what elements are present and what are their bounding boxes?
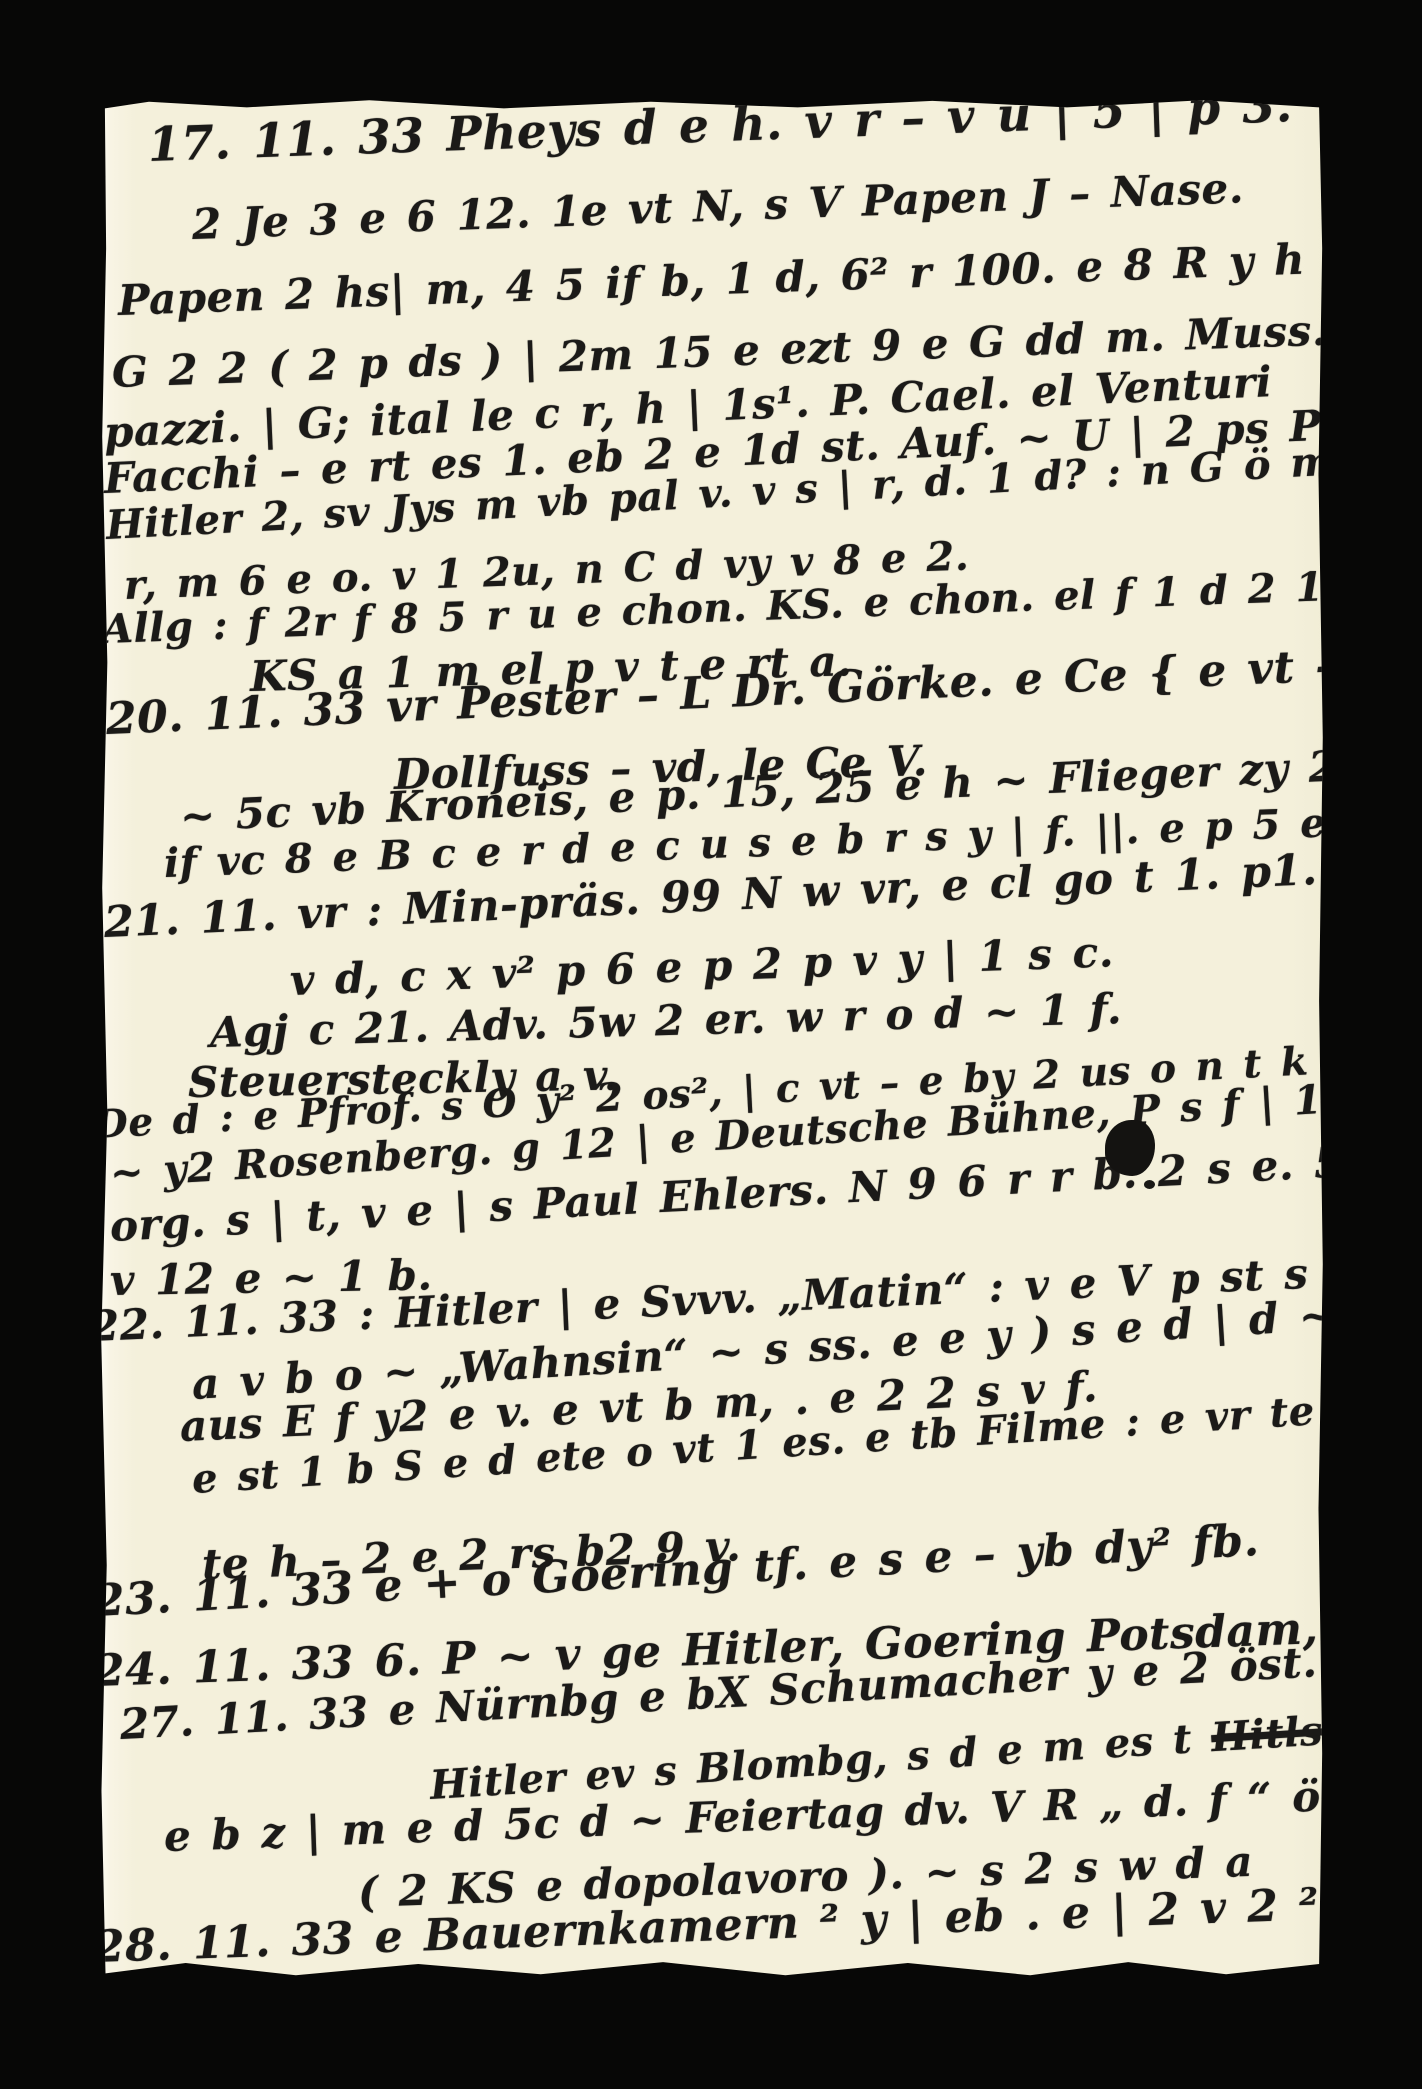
scanned-page: 17. 11. 33 Pheys d e h. v r – v u | 5 | … <box>100 98 1324 1979</box>
handwriting-line: 2 Je 3 e 6 12. 1e vt N, s V Papen J – Na… <box>191 163 1244 249</box>
handwriting-line: Papen 2 hs| m, 4 5 if b, 1 d, 6² r 100. … <box>117 235 1306 325</box>
line-text-after-strike: ts e m z. <box>1321 1694 1422 1755</box>
ink-blot-small <box>1144 1180 1155 1189</box>
strikethrough-text: Hitls <box>1210 1707 1324 1761</box>
handwriting-line: 17. 11. 33 Pheys d e h. v r – v u | 5 | … <box>147 69 1422 173</box>
ink-blot <box>1105 1120 1155 1176</box>
scan-background: 17. 11. 33 Pheys d e h. v r – v u | 5 | … <box>0 0 1422 2089</box>
